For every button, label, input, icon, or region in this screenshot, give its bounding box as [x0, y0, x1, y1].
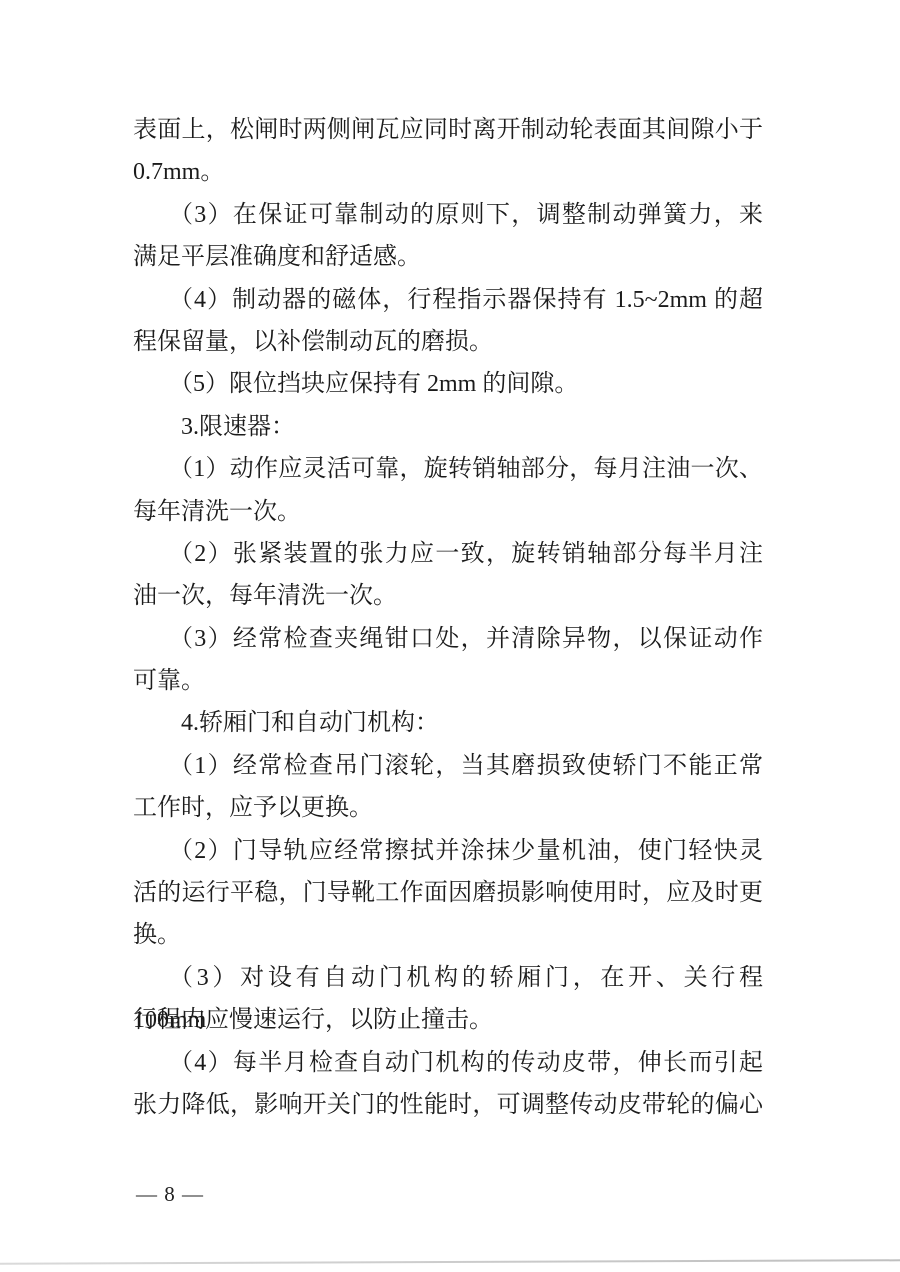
text-line: 4.轿厢门和自动门机构： — [133, 702, 763, 744]
text-line: （3）对设有自动门机构的轿厢门，在开、关行程 100mm — [133, 957, 763, 999]
document-page: 表面上，松闸时两侧闸瓦应同时离开制动轮表面其间隙小于0.7mm。（3）在保证可靠… — [0, 0, 900, 1272]
page-number: — 8 — — [136, 1181, 204, 1207]
scan-edge-line — [0, 1259, 900, 1264]
text-line: 工作时，应予以更换。 — [133, 787, 763, 829]
text-line: 表面上，松闸时两侧闸瓦应同时离开制动轮表面其间隙小于 — [133, 109, 763, 151]
text-line: （1）动作应灵活可靠，旋转销轴部分，每月注油一次、 — [133, 448, 763, 490]
text-line: 张力降低，影响开关门的性能时，可调整传动皮带轮的偏心 — [133, 1084, 763, 1126]
text-line: 行程内应慢速运行，以防止撞击。 — [133, 999, 763, 1041]
text-line: （2）门导轨应经常擦拭并涂抹少量机油，使门轻快灵 — [133, 830, 763, 872]
body-text: 表面上，松闸时两侧闸瓦应同时离开制动轮表面其间隙小于0.7mm。（3）在保证可靠… — [133, 109, 763, 1126]
text-line: 程保留量，以补偿制动瓦的磨损。 — [133, 321, 763, 363]
text-line: （3）经常检查夹绳钳口处，并清除异物，以保证动作 — [133, 618, 763, 660]
text-line: 活的运行平稳，门导靴工作面因磨损影响使用时，应及时更 — [133, 872, 763, 914]
text-line: 换。 — [133, 914, 763, 956]
text-line: 3.限速器： — [133, 406, 763, 448]
text-line: （1）经常检查吊门滚轮，当其磨损致使轿门不能正常 — [133, 745, 763, 787]
text-line: （3）在保证可靠制动的原则下，调整制动弹簧力，来 — [133, 194, 763, 236]
text-line: 满足平层准确度和舒适感。 — [133, 236, 763, 278]
text-line: 可靠。 — [133, 660, 763, 702]
text-line: （2）张紧装置的张力应一致，旋转销轴部分每半月注 — [133, 533, 763, 575]
text-line: 油一次，每年清洗一次。 — [133, 575, 763, 617]
text-line: （5）限位挡块应保持有 2mm 的间隙。 — [133, 363, 763, 405]
text-line: 0.7mm。 — [133, 151, 763, 193]
text-line: （4）每半月检查自动门机构的传动皮带，伸长而引起 — [133, 1042, 763, 1084]
text-line: （4）制动器的磁体，行程指示器保持有 1.5~2mm 的超 — [133, 279, 763, 321]
text-line: 每年清洗一次。 — [133, 491, 763, 533]
